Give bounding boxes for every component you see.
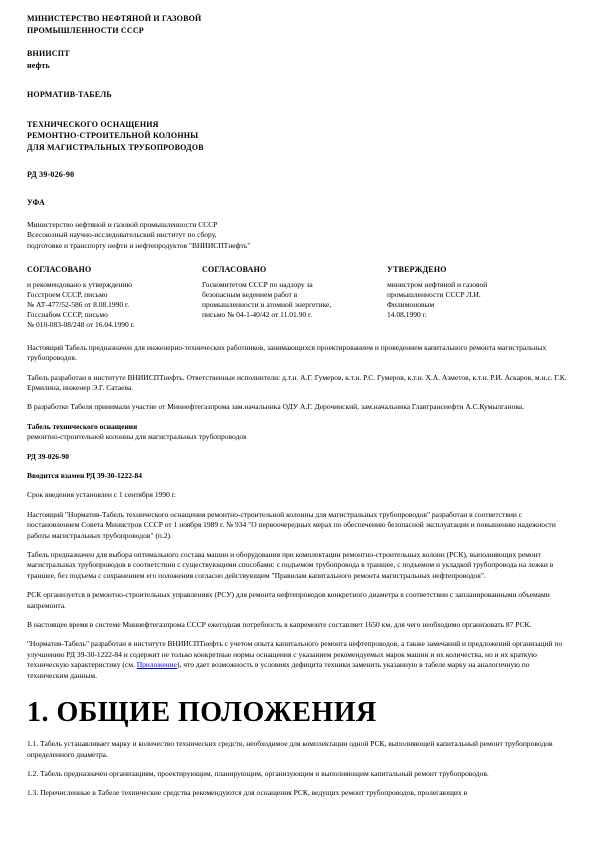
approval-column-approved: УТВЕРЖДЕНО министром нефтяной и газовой … (387, 265, 567, 330)
approval-body: министром нефтяной и газовой промышленно… (387, 280, 567, 320)
doc-title-line-3: ДЛЯ МАГИСТРАЛЬНЫХ ТРУБОПРОВОДОВ (27, 142, 569, 154)
institute-abbr-line-1: ВНИИСПТ (27, 48, 569, 60)
approval-line: промышленности и атомной энергетике, (202, 300, 387, 310)
section-1-paragraph-1-3: 1.3. Перечисленные в Табеле технические … (27, 788, 569, 798)
subject-title-normal: ремонтно-строительной колонны для магист… (27, 432, 569, 442)
section-1-paragraph-1-2: 1.2. Табель предназначен организациям, п… (27, 769, 569, 779)
subject-replaces: Вводится взамен РД 39-30-1222-84 (27, 471, 569, 481)
doc-kind: НОРМАТИВ-ТАБЕЛЬ (27, 89, 569, 101)
doc-title-line-2: РЕМОНТНО-СТРОИТЕЛЬНОЙ КОЛОННЫ (27, 130, 569, 142)
ministry-line-2: ПРОМЫШЛЕННОСТИ СССР (27, 25, 569, 37)
intro-paragraph-2: Табель разработан в институте ВНИИСПТнеф… (27, 373, 569, 394)
preamble-paragraph-4: В настоящее время в системе Миннефтегазп… (27, 620, 569, 630)
subject-effective-date: Срок введения установлен с 1 сентября 19… (27, 490, 569, 500)
attachment-link[interactable]: Приложение (137, 660, 177, 669)
preamble-paragraph-3: РСК организуется в ремонтно-строительных… (27, 590, 569, 611)
approval-column-agreed-2: СОГЛАСОВАНО Госкомитетом СССР по надзору… (202, 265, 387, 330)
approvals-block: СОГЛАСОВАНО и рекомендовано к утверждени… (27, 265, 569, 330)
document-page: МИНИСТЕРСТВО НЕФТЯНОЙ И ГАЗОВОЙ ПРОМЫШЛЕ… (0, 0, 595, 842)
approval-body: Госкомитетом СССР по надзору за безопасн… (202, 280, 387, 320)
section-1-paragraph-1-1: 1.1. Табель устанавливает марку и количе… (27, 739, 569, 760)
approval-heading: СОГЛАСОВАНО (27, 265, 202, 274)
doc-number: РД 39-026-90 (27, 169, 569, 181)
approval-line: промышленности СССР Л.И. (387, 290, 567, 300)
publisher-line-1: Министерство нефтяной и газовой промышле… (27, 220, 569, 230)
doc-title: ТЕХНИЧЕСКОГО ОСНАЩЕНИЯ РЕМОНТНО-СТРОИТЕЛ… (27, 119, 569, 154)
section-1-heading: 1. ОБЩИЕ ПОЛОЖЕНИЯ (27, 697, 569, 729)
institute-abbr-line-2: нефть (27, 60, 569, 72)
preamble-paragraph-2: Табель предназначен для выбора оптимальн… (27, 550, 569, 581)
preamble-paragraph-1: Настоящий "Норматив-Табель технического … (27, 510, 569, 541)
ministry-header: МИНИСТЕРСТВО НЕФТЯНОЙ И ГАЗОВОЙ ПРОМЫШЛЕ… (27, 13, 569, 36)
intro-paragraph-3: В разработке Табеля принимали участие от… (27, 402, 569, 412)
subject-title-bold: Табель технического оснащения (27, 422, 569, 432)
approval-line: и рекомендовано к утверждению (27, 280, 202, 290)
approval-heading: СОГЛАСОВАНО (202, 265, 387, 274)
approval-line: безопасным ведением работ в (202, 290, 387, 300)
intro-paragraph-1: Настоящий Табель предназначен для инжене… (27, 343, 569, 364)
institute-abbr: ВНИИСПТ нефть (27, 48, 569, 71)
approval-line: Филимоновым (387, 300, 567, 310)
approval-line: министром нефтяной и газовой (387, 280, 567, 290)
approval-line: письмо № 04-1-40/42 от 11.01.90 г. (202, 310, 387, 320)
approval-column-agreed-1: СОГЛАСОВАНО и рекомендовано к утверждени… (27, 265, 202, 330)
approval-line: Госснабом СССР, письмо (27, 310, 202, 320)
approval-heading: УТВЕРЖДЕНО (387, 265, 567, 274)
approval-line: 14.08.1990 г. (387, 310, 567, 320)
doc-title-line-1: ТЕХНИЧЕСКОГО ОСНАЩЕНИЯ (27, 119, 569, 131)
approval-body: и рекомендовано к утверждению Госстроем … (27, 280, 202, 330)
publisher-line-3: подготовке и транспорту нефти и нефтепро… (27, 241, 569, 251)
doc-city: УФА (27, 197, 569, 209)
approval-line: Госстроем СССР, письмо (27, 290, 202, 300)
preamble-paragraph-5: "Норматив-Табель" разработан в институте… (27, 639, 569, 681)
subject-doc-number: РД 39-026-90 (27, 452, 569, 462)
publisher-line-2: Всесоюзный научно-исследовательский инст… (27, 230, 569, 240)
publisher-block: Министерство нефтяной и газовой промышле… (27, 220, 569, 251)
approval-line: № АТ-477/52-586 от 8.08.1990 г. (27, 300, 202, 310)
subject-block: Табель технического оснащения ремонтно-с… (27, 422, 569, 443)
ministry-line-1: МИНИСТЕРСТВО НЕФТЯНОЙ И ГАЗОВОЙ (27, 13, 569, 25)
approval-line: № 010-083-08/248 от 16.04.1990 г. (27, 320, 202, 330)
approval-line: Госкомитетом СССР по надзору за (202, 280, 387, 290)
